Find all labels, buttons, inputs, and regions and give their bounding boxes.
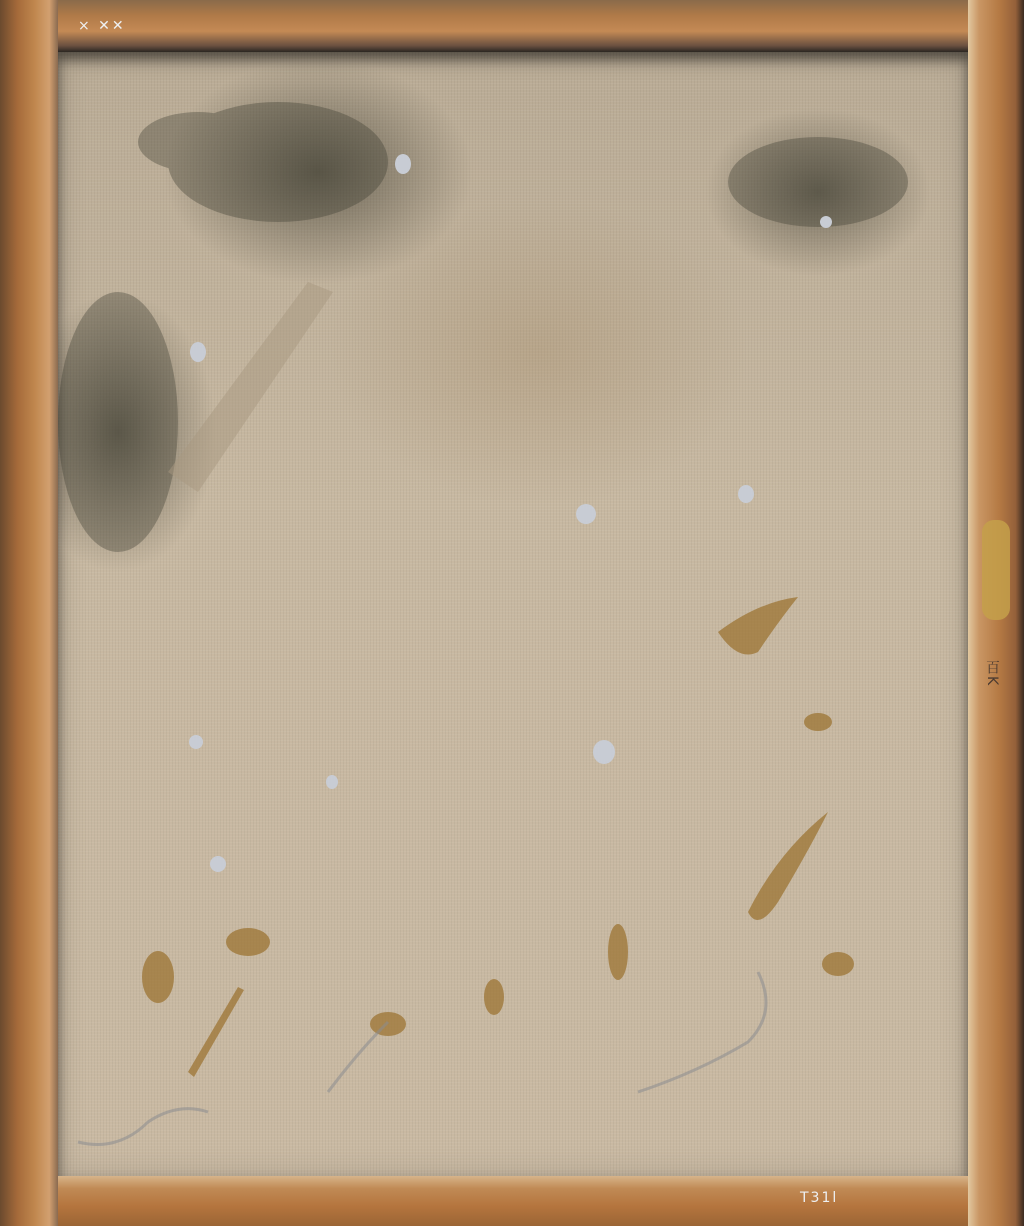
stretcher-bar-left — [0, 0, 58, 1226]
stretcher-bar-bottom: T31l — [0, 1176, 1024, 1226]
pencil-mark-right: 百K — [982, 660, 1002, 687]
chalk-mark-bottom: T31l — [800, 1190, 838, 1206]
gold-paint-patch — [982, 520, 1010, 620]
stain-layer — [58, 52, 968, 1176]
chalk-mark-top: × ✕✕ — [78, 18, 126, 34]
stretcher-bar-right: 百K — [968, 0, 1024, 1226]
stretcher-bar-top: × ✕✕ — [0, 0, 1024, 52]
canvas-back-photo: × ✕✕ T31l 百K — [0, 0, 1024, 1226]
